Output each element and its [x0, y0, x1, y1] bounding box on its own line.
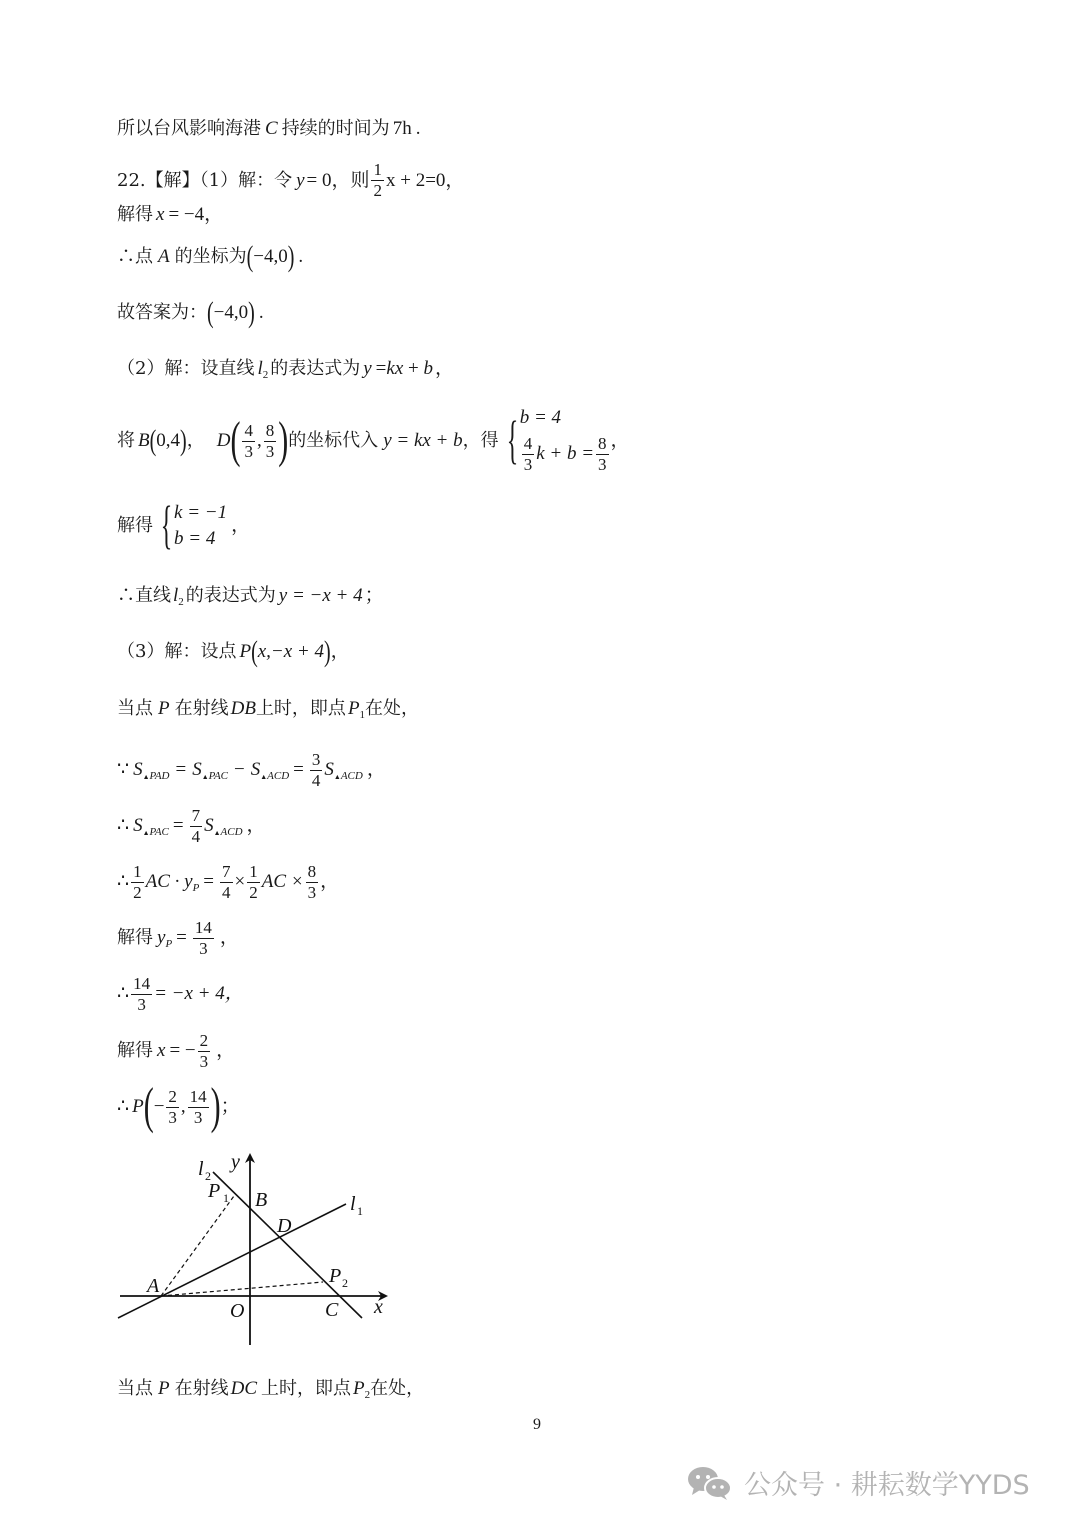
label-p1: P — [207, 1180, 220, 1202]
label-d: D — [276, 1215, 292, 1237]
case-ray-dc: 当点 P 在射线 DC 上时，即点 P2 在处， — [117, 1377, 424, 1401]
label-l1-sub: 1 — [357, 1204, 363, 1218]
math-var: P — [353, 1377, 365, 1401]
subscript: 2 — [365, 1383, 371, 1407]
math-var: DC — [231, 1377, 257, 1401]
label-x: x — [373, 1296, 383, 1318]
text: 在处， — [370, 1377, 424, 1401]
math-var: P — [158, 1377, 170, 1401]
label-l2-sub: 2 — [205, 1169, 211, 1183]
label-c: C — [325, 1299, 339, 1321]
dashed-ap1 — [161, 1196, 234, 1296]
label-p1-sub: 1 — [223, 1191, 229, 1205]
coordinate-diagram: y x O A B C D P 1 P 2 l 1 l 2 — [0, 0, 1080, 1527]
wechat-icon — [686, 1465, 734, 1501]
label-l2: l — [198, 1158, 204, 1180]
watermark: 公众号 · 耕耘数学YYDS — [686, 1463, 1030, 1502]
text: 当点 — [117, 1377, 153, 1401]
label-a: A — [145, 1275, 160, 1297]
label-o: O — [230, 1300, 244, 1322]
label-l1: l — [350, 1193, 356, 1215]
label-p2: P — [328, 1265, 341, 1287]
watermark-text: 公众号 · 耕耘数学YYDS — [744, 1463, 1030, 1502]
text: 在射线 — [175, 1377, 229, 1401]
text: 上时，即点 — [261, 1377, 351, 1401]
page-number: 9 — [533, 1416, 541, 1434]
label-p2-sub: 2 — [342, 1276, 348, 1290]
label-b: B — [255, 1189, 267, 1211]
label-y: y — [229, 1151, 240, 1173]
